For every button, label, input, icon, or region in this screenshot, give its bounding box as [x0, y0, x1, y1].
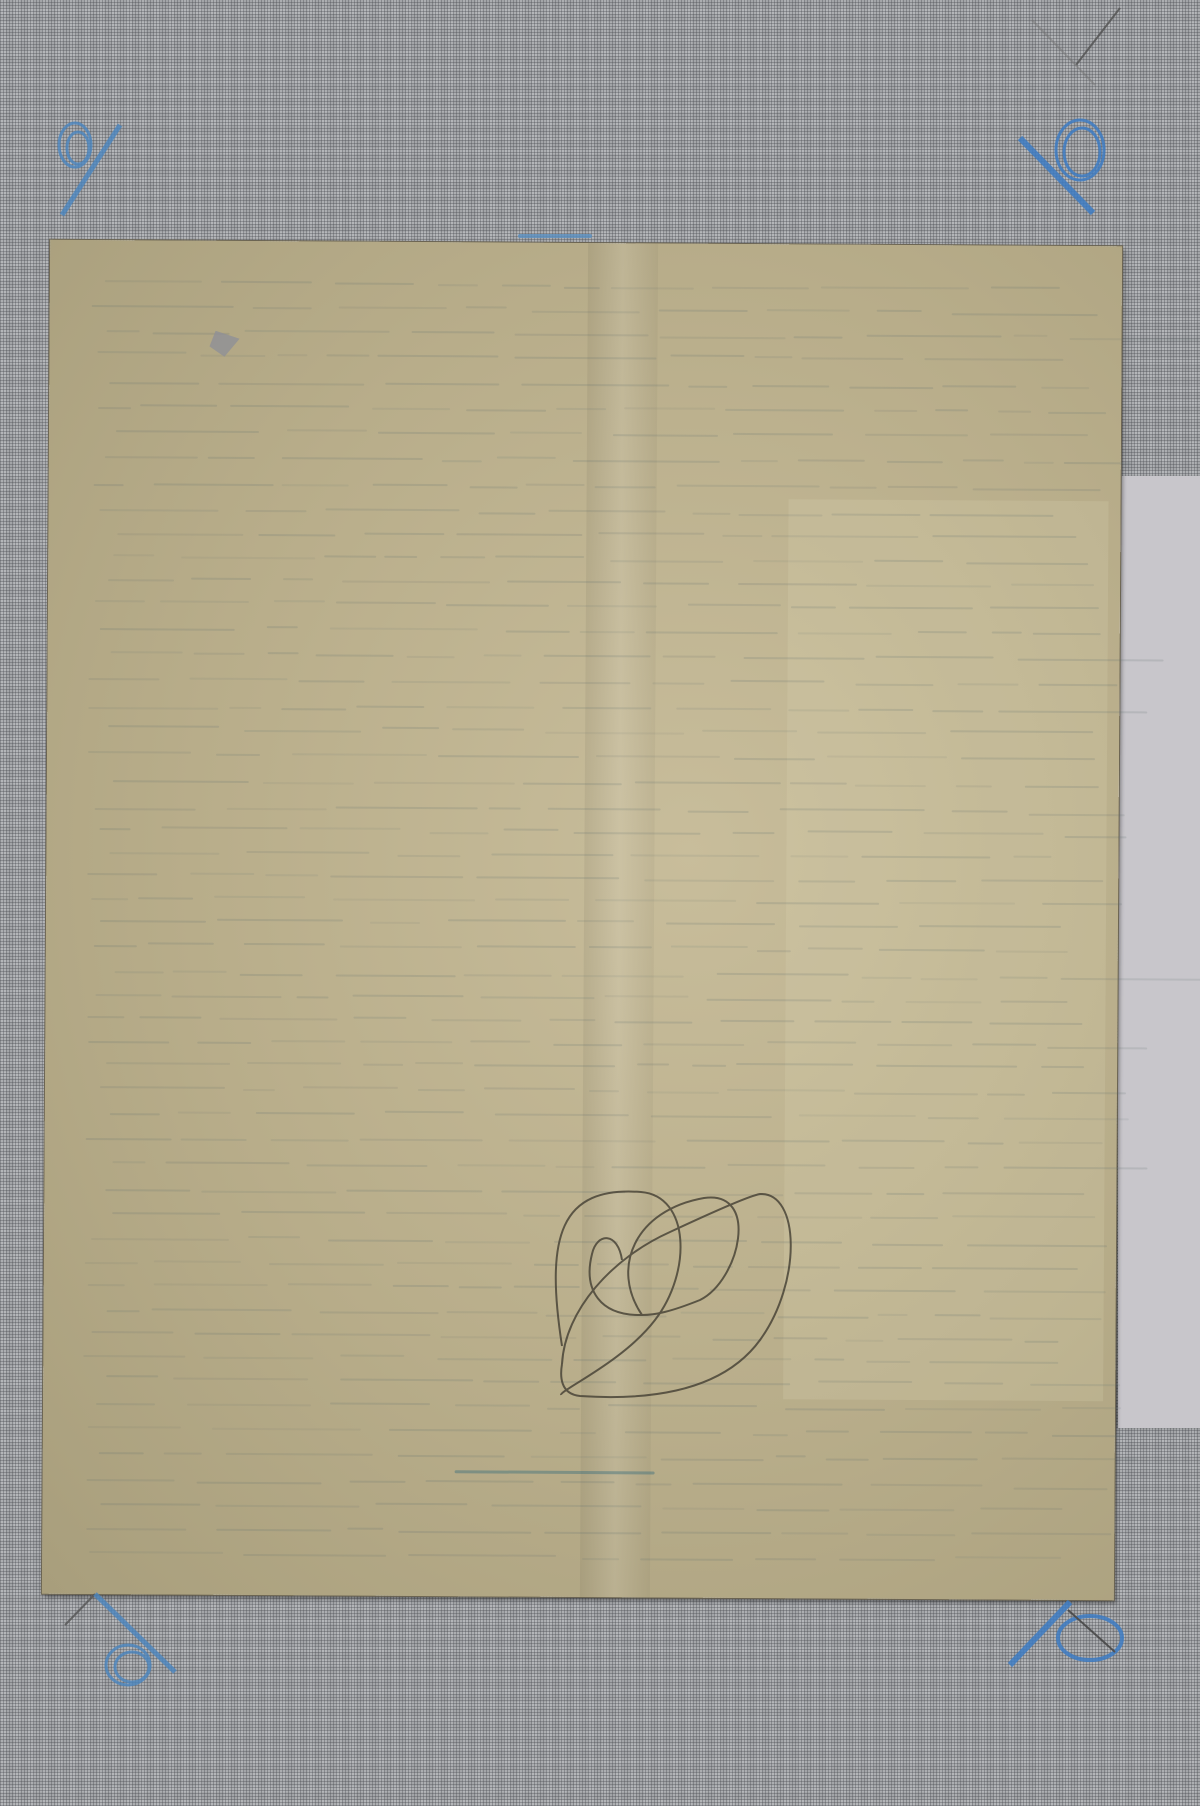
corner-mark-top-left — [59, 123, 120, 215]
corner-mark-bottom-left — [65, 1594, 175, 1685]
corner-mark-top-right — [1020, 8, 1120, 213]
marks-layer — [0, 0, 1200, 1806]
corner-mark-bottom-right — [1010, 1602, 1122, 1665]
pencil-monogram-mark — [552, 1192, 798, 1400]
